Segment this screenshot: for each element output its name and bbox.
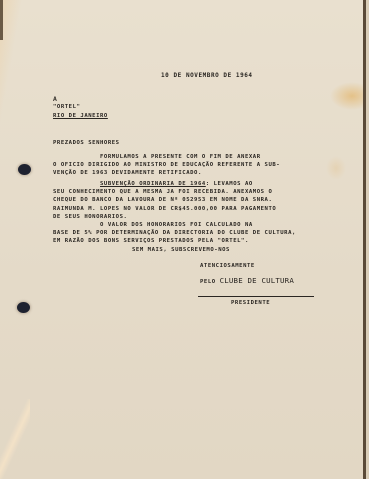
paragraph-2: Subvenção ordinaria de 1964: Levamos ao … bbox=[53, 180, 276, 221]
recipient-city: Rio de Janeiro bbox=[53, 112, 108, 120]
letter-page: 10 de Novembro de 1964 A "Ortel" Rio de … bbox=[0, 0, 366, 479]
closing-line: Sem mais, subscrevemo-nos bbox=[132, 246, 230, 254]
recipient-name: "Ortel" bbox=[53, 103, 80, 111]
organization-name: Clube de Cultura bbox=[220, 276, 294, 285]
punch-hole bbox=[18, 164, 31, 175]
sign-off: Atenciosamente bbox=[200, 262, 255, 270]
signatory-title: Presidente bbox=[231, 299, 270, 307]
paper-crease bbox=[0, 399, 30, 479]
letter-date: 10 de Novembro de 1964 bbox=[161, 72, 253, 80]
organization-line: pelo Clube de Cultura bbox=[200, 277, 294, 286]
paragraph-2-body: seu conhecimento que a mesma ja foi rece… bbox=[53, 189, 276, 220]
paragraph-1: Formulamos a presente com o fim de anexa… bbox=[53, 153, 280, 178]
organization-prefix: pelo bbox=[200, 279, 216, 285]
paragraph-2-lead-rest: : Levamos ao bbox=[206, 181, 253, 187]
paragraph-3: O valor dos honorarios foi calculado na … bbox=[53, 221, 296, 246]
recipient-prefix: A bbox=[53, 95, 57, 103]
page-edge bbox=[0, 0, 3, 40]
page-edge bbox=[363, 0, 366, 479]
salutation: Prezados Senhores bbox=[53, 139, 120, 147]
paragraph-2-indent bbox=[53, 181, 100, 187]
punch-hole bbox=[17, 302, 30, 313]
paragraph-2-heading: Subvenção ordinaria de 1964 bbox=[100, 181, 206, 187]
signature-line bbox=[198, 296, 314, 297]
